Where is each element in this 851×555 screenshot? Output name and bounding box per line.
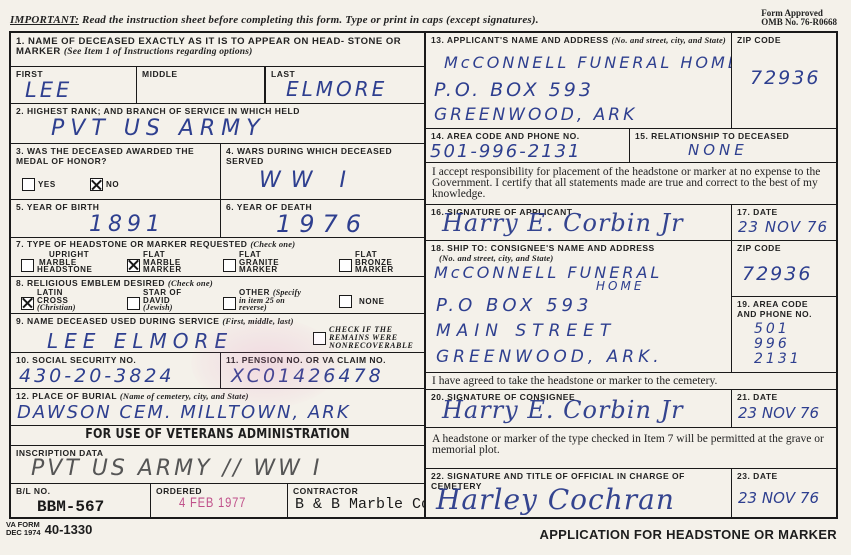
none-emblem-checkbox[interactable] bbox=[339, 295, 352, 308]
star-of-david-label: STAR OFDAVID(Jewish) bbox=[143, 289, 182, 312]
last-name-value: ELMORE bbox=[286, 77, 387, 101]
item5-label: 5. Year of birth bbox=[11, 200, 220, 213]
item13-label: 13. Applicant's name and address (No. an… bbox=[426, 33, 731, 46]
option-upright-marble-headstone[interactable]: UPRIGHTMARBLEHEADSTONE bbox=[21, 251, 92, 274]
item2-rank-branch[interactable]: 2. Highest rank; and branch of service i… bbox=[11, 104, 425, 144]
consignee-phone-line1: 501 bbox=[754, 321, 790, 337]
important-label: IMPORTANT: bbox=[10, 14, 79, 26]
item14-label: 14. Area code and phone no. bbox=[426, 129, 629, 142]
form-number: VA FORMDEC 1974 40-1330 bbox=[6, 521, 92, 537]
latin-cross-label: LATINCROSS(Christian) bbox=[37, 289, 76, 312]
last-name-field[interactable]: Last ELMORE bbox=[265, 67, 425, 104]
option-other-emblem[interactable]: OTHER (Specifyin item 25 onreverse) bbox=[223, 289, 301, 312]
option-flat-granite-marker[interactable]: FLATGRANITEMARKER bbox=[223, 251, 279, 274]
item8-religious-emblem: 8. Religious emblem desired (Check one) … bbox=[11, 277, 425, 314]
applicant-line3: GREENWOOD, ARK bbox=[434, 105, 637, 125]
medal-yes-checkbox[interactable] bbox=[22, 178, 35, 191]
item12-place-of-burial[interactable]: 12. Place of burial (Name of cemetery, c… bbox=[11, 389, 425, 426]
middle-name-field[interactable]: Middle bbox=[137, 67, 265, 104]
form-number-value: 40-1330 bbox=[45, 522, 93, 537]
item13-zip-code[interactable]: ZIP CODE 72936 bbox=[732, 33, 837, 129]
option-flat-bronze-marker[interactable]: FLATBRONZEMARKER bbox=[339, 251, 394, 274]
inscription-data[interactable]: Inscription data PVT US ARMY // WW I bbox=[11, 446, 425, 484]
item19-consignee-phone[interactable]: 19. Area code and phone no. 501 996 2131 bbox=[732, 297, 837, 373]
item1-header: 1. Name of deceased exactly as it is to … bbox=[11, 33, 425, 67]
item2-label: 2. Highest rank; and branch of service i… bbox=[11, 104, 424, 117]
other-emblem-label: OTHER (Specifyin item 25 onreverse) bbox=[239, 289, 301, 312]
item10-ssn[interactable]: 10. Social security no. 430-20-3824 bbox=[11, 353, 221, 389]
flat-bronze-label: FLATBRONZEMARKER bbox=[355, 251, 394, 274]
item10-label: 10. Social security no. bbox=[11, 353, 220, 366]
no-label: NO bbox=[106, 181, 119, 189]
item23-date[interactable]: 23. Date 23 NOV 76 bbox=[732, 469, 837, 518]
star-of-david-checkbox[interactable] bbox=[127, 297, 140, 310]
option-star-of-david[interactable]: STAR OFDAVID(Jewish) bbox=[127, 289, 182, 312]
item17-label: 17. Date bbox=[732, 205, 837, 218]
item18-ship-to[interactable]: 18. Ship to: Consignee's name and addres… bbox=[425, 241, 732, 373]
item11-label: 11. Pension no. or VA claim no. bbox=[221, 353, 424, 366]
item4-label: 4. Wars during which deceased served bbox=[221, 144, 406, 166]
item11-claim-no[interactable]: 11. Pension no. or VA claim no. XC014264… bbox=[221, 353, 425, 389]
flat-granite-label: FLATGRANITEMARKER bbox=[239, 251, 279, 274]
phone-value: 501-996-2131 bbox=[430, 141, 582, 162]
agreement-statement: I have agreed to take the headstone or m… bbox=[425, 373, 837, 390]
item23-date-value: 23 NOV 76 bbox=[738, 489, 819, 507]
latin-cross-checkbox[interactable] bbox=[21, 297, 34, 310]
none-label: NONE bbox=[359, 298, 385, 306]
item3-medal-of-honor: 3. Was the deceased awarded the Medal of… bbox=[11, 144, 221, 200]
ship-zip-label: ZIP CODE bbox=[732, 241, 837, 254]
inscription-value: PVT US ARMY // WW I bbox=[31, 456, 322, 481]
wars-value: WW I bbox=[259, 168, 356, 193]
headstone-application-form: 1. Name of deceased exactly as it is to … bbox=[9, 31, 838, 519]
service-name-value: LEE ELMORE bbox=[47, 329, 233, 353]
omb-line2: OMB No. 76-R0668 bbox=[761, 18, 837, 27]
instruction-note: IMPORTANT: Read the instruction sheet be… bbox=[10, 14, 539, 26]
item8-label: 8. Religious emblem desired (Check one) bbox=[11, 277, 424, 289]
medal-no-option[interactable]: NO bbox=[90, 178, 119, 191]
omb-approval: Form Approved OMB No. 76-R0668 bbox=[761, 9, 837, 27]
item18-zip-code[interactable]: ZIP CODE 72936 bbox=[732, 241, 837, 297]
flat-marble-label: FLATMARBLEMARKER bbox=[143, 251, 182, 274]
rank-branch-value: PVT US ARMY bbox=[51, 116, 266, 141]
item22-official-signature[interactable]: 22. Signature and title of official in c… bbox=[425, 469, 732, 518]
item1-label: 1. Name of deceased exactly as it is to … bbox=[11, 33, 424, 57]
applicant-line2: P.O. BOX 593 bbox=[434, 79, 594, 101]
item7-label: 7. Type of headstone or marker requested… bbox=[11, 238, 424, 250]
item6-year-of-death[interactable]: 6. Year of death 1976 bbox=[221, 200, 425, 238]
ship-to-line1b: HOME bbox=[596, 279, 644, 293]
item17-date[interactable]: 17. Date 23 NOV 76 bbox=[732, 205, 837, 241]
item7-headstone-type: 7. Type of headstone or marker requested… bbox=[11, 238, 425, 277]
flat-marble-checkbox[interactable] bbox=[127, 259, 140, 272]
birth-year-value: 1891 bbox=[89, 212, 165, 237]
consignee-phone-line2: 996 bbox=[754, 336, 790, 352]
contractor-label: CONTRACTOR bbox=[288, 484, 424, 497]
upright-marble-checkbox[interactable] bbox=[21, 259, 34, 272]
death-year-value: 1976 bbox=[276, 210, 369, 238]
contractor-field[interactable]: CONTRACTOR B & B Marble Co bbox=[288, 484, 425, 518]
ship-zip-value: 72936 bbox=[742, 263, 812, 285]
item9-service-name[interactable]: 9. Name deceased used during service (Fi… bbox=[11, 314, 425, 353]
ship-to-line3: MAIN STREET bbox=[436, 321, 616, 341]
nonrecoverable-checkbox[interactable] bbox=[313, 332, 326, 345]
applicant-signature: Harry E. Corbin Jr bbox=[442, 209, 684, 237]
bl-label: B/L NO. bbox=[11, 484, 150, 497]
item19-label: 19. Area code and phone no. bbox=[732, 297, 827, 319]
flat-granite-checkbox[interactable] bbox=[223, 259, 236, 272]
burial-place-value: DAWSON CEM. MILLTOWN, ARK bbox=[17, 402, 351, 423]
item21-date-value: 23 NOV 76 bbox=[738, 404, 819, 422]
va-use-header: FOR USE OF VETERANS ADMINISTRATION bbox=[11, 426, 425, 446]
nonrecoverable-option[interactable]: CHECK IF THEREMAINS WERENONRECOVERABLE bbox=[313, 326, 413, 350]
other-emblem-checkbox[interactable] bbox=[223, 297, 236, 310]
bl-no-field[interactable]: B/L NO. BBM-567 bbox=[11, 484, 151, 518]
official-signature: Harley Cochran bbox=[436, 483, 675, 516]
item15-relationship[interactable]: 15. Relationship to deceased NONE bbox=[630, 129, 837, 163]
item23-label: 23. Date bbox=[732, 469, 837, 482]
item12-label: 12. Place of burial (Name of cemetery, c… bbox=[11, 389, 424, 402]
bl-value: BBM-567 bbox=[37, 498, 104, 516]
item21-label: 21. Date bbox=[732, 390, 837, 403]
item17-date-value: 23 NOV 76 bbox=[738, 218, 828, 236]
ship-to-line2: P.O BOX 593 bbox=[436, 295, 592, 316]
certification-text: I accept responsibility for placement of… bbox=[426, 163, 837, 204]
permission-text: A headstone or marker of the type checke… bbox=[426, 428, 837, 460]
item4-wars-served[interactable]: 4. Wars during which deceased served WW … bbox=[221, 144, 425, 200]
ship-to-line4: GREENWOOD, ARK. bbox=[436, 347, 663, 367]
medal-yes-option[interactable]: YES bbox=[22, 178, 56, 191]
middle-label: Middle bbox=[137, 67, 264, 80]
ordered-stamp: 4 FEB 1977 bbox=[179, 494, 246, 510]
medal-no-checkbox[interactable] bbox=[90, 178, 103, 191]
agreement-text: I have agreed to take the headstone or m… bbox=[426, 373, 837, 390]
option-none-emblem[interactable]: NONE bbox=[339, 295, 385, 308]
contractor-value: B & B Marble Co bbox=[295, 496, 425, 513]
option-flat-marble-marker[interactable]: FLATMARBLEMARKER bbox=[127, 251, 182, 274]
item5-year-of-birth[interactable]: 5. Year of birth 1891 bbox=[11, 200, 221, 238]
ssn-value: 430-20-3824 bbox=[19, 365, 175, 387]
item16-applicant-signature[interactable]: 16. Signature of applicant Harry E. Corb… bbox=[425, 205, 732, 241]
item21-date[interactable]: 21. Date 23 NOV 76 bbox=[732, 390, 837, 428]
va-use-title: FOR USE OF VETERANS ADMINISTRATION bbox=[42, 426, 393, 444]
consignee-signature: Harry E. Corbin Jr bbox=[442, 396, 684, 424]
upright-marble-label: UPRIGHTMARBLEHEADSTONE bbox=[37, 251, 92, 274]
option-latin-cross[interactable]: LATINCROSS(Christian) bbox=[21, 289, 76, 312]
item15-label: 15. Relationship to deceased bbox=[630, 129, 837, 142]
permission-statement: A headstone or marker of the type checke… bbox=[425, 428, 837, 469]
zip-label: ZIP CODE bbox=[732, 33, 837, 46]
relationship-value: NONE bbox=[688, 141, 748, 159]
nonrecoverable-label: CHECK IF THEREMAINS WERENONRECOVERABLE bbox=[329, 326, 413, 350]
form-edition: VA FORMDEC 1974 bbox=[6, 521, 41, 537]
flat-bronze-checkbox[interactable] bbox=[339, 259, 352, 272]
certification-statement: I accept responsibility for placement of… bbox=[425, 163, 837, 205]
form-title: APPLICATION FOR HEADSTONE OR MARKER bbox=[540, 527, 837, 542]
item3-label: 3. Was the deceased awarded the Medal of… bbox=[11, 144, 216, 166]
applicant-line1: McCONNELL FUNERAL HOME bbox=[444, 53, 732, 72]
yes-label: YES bbox=[38, 181, 56, 189]
important-text: Read the instruction sheet before comple… bbox=[79, 14, 539, 26]
first-name-value: LEE bbox=[25, 78, 72, 102]
claim-no-value: XC01426478 bbox=[231, 365, 384, 387]
first-name-field[interactable]: First LEE bbox=[11, 67, 137, 104]
ordered-field[interactable]: ORDERED 4 FEB 1977 bbox=[151, 484, 288, 518]
item20-consignee-signature[interactable]: 20. Signature of consignee Harry E. Corb… bbox=[425, 390, 732, 428]
consignee-phone-line3: 2131 bbox=[754, 351, 802, 367]
applicant-zip-value: 72936 bbox=[750, 67, 820, 89]
item14-phone[interactable]: 14. Area code and phone no. 501-996-2131 bbox=[425, 129, 630, 163]
item18-label: 18. Ship to: Consignee's name and addres… bbox=[426, 241, 731, 263]
item13-applicant-address[interactable]: 13. Applicant's name and address (No. an… bbox=[425, 33, 732, 129]
